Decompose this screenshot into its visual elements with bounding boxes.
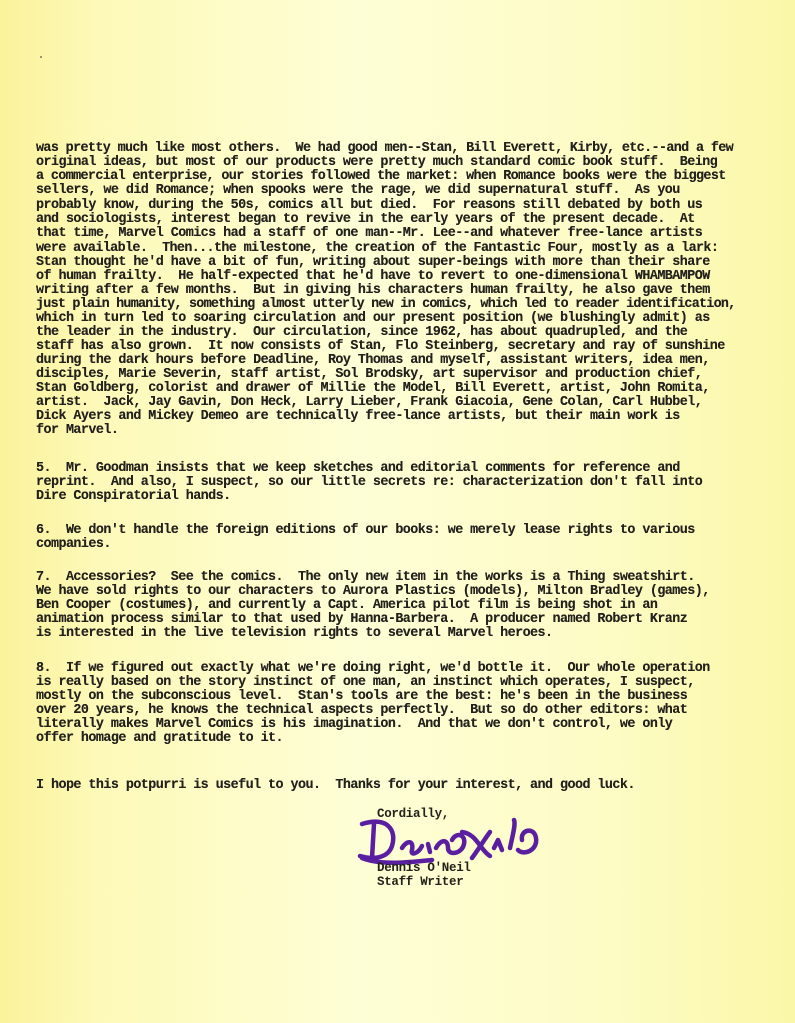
text-line: which in turn led to soaring circulation… <box>36 312 710 326</box>
text-line: 7. Accessories? See the comics. The only… <box>36 571 695 585</box>
text-line: writing after a few months. But in givin… <box>36 284 710 298</box>
text-line: were available. Then...the milestone, th… <box>36 242 718 256</box>
text-line: offer homage and gratitude to it. <box>36 732 283 746</box>
text-line: 5. Mr. Goodman insists that we keep sket… <box>36 462 680 476</box>
text-line: probably know, during the 50s, comics al… <box>36 199 702 213</box>
text-line: animation process similar to that used b… <box>36 613 687 627</box>
text-line: disciples, Marie Severin, staff artist, … <box>36 368 702 382</box>
text-line: sellers, we did Romance; when spooks wer… <box>36 184 680 198</box>
text-line: the leader in the industry. Our circulat… <box>36 326 687 340</box>
text-line: for Marvel. <box>36 424 118 438</box>
text-line: of human frailty. He half-expected that … <box>36 270 710 284</box>
letter-page: was pretty much like most others. We had… <box>0 0 795 1023</box>
text-line: literally makes Marvel Comics is his ima… <box>36 718 672 732</box>
text-line: 6. We don't handle the foreign editions … <box>36 524 695 538</box>
text-line: staff has also grown. It now consists of… <box>36 340 725 354</box>
closing-line: I hope this potpurri is useful to you. T… <box>36 779 635 793</box>
text-line: companies. <box>36 538 111 552</box>
text-line: just plain humanity, something almost ut… <box>36 298 735 312</box>
text-line: We have sold rights to our characters to… <box>36 585 710 599</box>
text-line: original ideas, but most of our products… <box>36 156 717 170</box>
text-line: Dire Conspiratorial hands. <box>36 490 231 504</box>
text-line: Stan Goldberg, colorist and drawer of Mi… <box>36 382 710 396</box>
text-line: Dick Ayers and Mickey Demeo are technica… <box>36 410 680 424</box>
signer-name: Dennis O'Neil <box>377 861 471 875</box>
paper-speck <box>40 56 42 58</box>
text-line: Stan thought he'd have a bit of fun, wri… <box>36 256 710 270</box>
text-line: mostly on the subconscious level. Stan's… <box>36 690 687 704</box>
text-line: artist. Jack, Jay Gavin, Don Heck, Larry… <box>36 396 702 410</box>
text-line: over 20 years, he knows the technical as… <box>36 704 687 718</box>
text-line: that time, Marvel Comics had a staff of … <box>36 227 702 241</box>
text-line: 8. If we figured out exactly what we're … <box>36 662 710 676</box>
signer-title: Staff Writer <box>377 875 463 889</box>
text-line: during the dark hours before Deadline, R… <box>36 354 710 368</box>
text-line: reprint. And also, I suspect, so our lit… <box>36 476 702 490</box>
text-line: was pretty much like most others. We had… <box>36 142 733 156</box>
text-line: is interested in the live television rig… <box>36 627 553 641</box>
text-line: a commercial enterprise, our stories fol… <box>36 170 726 184</box>
text-line: and sociologists, interest began to revi… <box>36 213 695 227</box>
text-line: Ben Cooper (costumes), and currently a C… <box>36 599 657 613</box>
text-line: is really based on the story instinct of… <box>36 676 695 690</box>
